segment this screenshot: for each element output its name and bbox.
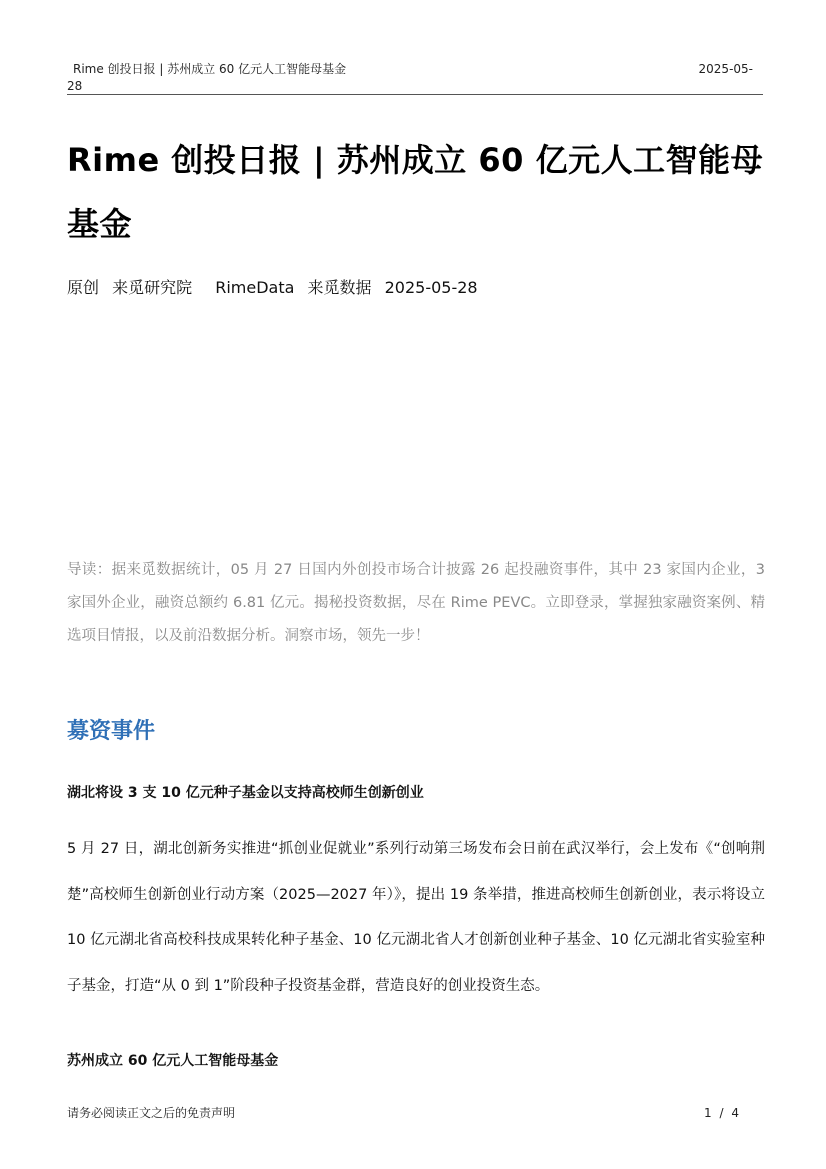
article-type: 原创: [67, 278, 99, 297]
source-en[interactable]: RimeData: [215, 278, 294, 297]
byline: 原创 来觅研究院 RimeData 来觅数据 2025-05-28: [67, 276, 486, 300]
header-date: 2025-05-: [699, 60, 753, 78]
page-number: 1 / 4: [704, 1104, 741, 1122]
publish-date: 2025-05-28: [385, 278, 478, 297]
section-heading-fundraising: 募资事件: [67, 715, 155, 749]
news-item-title: 苏州成立 60 亿元人工智能母基金: [67, 1050, 278, 1072]
lead-paragraph: 导读：据来觅数据统计，05 月 27 日国内外创投市场合计披露 26 起投融资事…: [67, 554, 765, 653]
document-title: Rime 创投日报 | 苏州成立 60 亿元人工智能母基金: [67, 128, 767, 256]
news-item-body: 5 月 27 日，湖北创新务实推进“抓创业促就业”系列行动第三场发布会日前在武汉…: [67, 827, 765, 1009]
running-title: Rime 创投日报 | 苏州成立 60 亿元人工智能母基金: [73, 60, 346, 78]
news-item-title: 湖北将设 3 支 10 亿元种子基金以支持高校师生创新创业: [67, 782, 424, 804]
author: 来觅研究院: [112, 278, 192, 297]
disclaimer-note: 请务必阅读正文之后的免责声明: [67, 1104, 235, 1122]
header-divider: [67, 94, 763, 95]
source-cn[interactable]: 来觅数据: [308, 278, 372, 297]
page-header: Rime 创投日报 | 苏州成立 60 亿元人工智能母基金 2025-05- 2…: [67, 60, 763, 95]
header-date-continued: 28: [67, 77, 82, 95]
